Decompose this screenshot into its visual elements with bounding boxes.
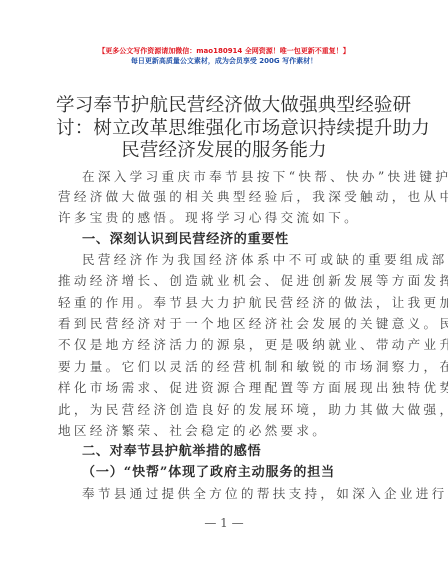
section-1-paragraph-line: 此，为民营经济创造良好的发展环境，助力其做大做强，是实现	[58, 399, 448, 418]
title-line-3: 民营经济发展的服务能力	[56, 140, 392, 163]
section-1-paragraph-line: 民营经济作为我国经济体系中不可或缺的重要组成部分，在	[82, 249, 448, 268]
title-line-2: 讨：树立改革思维强化市场意识持续提升助力	[56, 118, 392, 141]
section-1-paragraph-line: 地区经济繁荣、社会稳定的必然要求。	[58, 420, 328, 439]
section-1-paragraph-line: 样化市场需求、促进资源合理配置等方面展现出独特优势。因	[58, 377, 448, 396]
intro-paragraph-line: 许多宝贵的感悟。现将学习心得交流如下。	[58, 207, 360, 226]
section-heading-1: 一、深刻认识到民营经济的重要性	[82, 228, 289, 247]
section-1-paragraph-line: 要力量。它们以灵活的经营机制和敏锐的市场洞察力，在满足多	[58, 356, 448, 375]
promo-banner-line-2: 每日更新高质量公文素材，成为会员享受 200G 写作素材！	[0, 57, 448, 66]
section-1-paragraph-line: 看到民营经济对于一个地区经济社会发展的关键意义。民营企业	[58, 313, 448, 332]
document-title: 学习奉节护航民营经济做大做强典型经验研 讨：树立改革思维强化市场意识持续提升助力…	[56, 95, 392, 163]
section-heading-2: 二、对奉节县护航举措的感悟	[82, 440, 261, 459]
section-1-paragraph-line: 轻重的作用。奉节县大力护航民营经济的做法，让我更加清晰地	[58, 292, 448, 311]
section-1-paragraph-line: 不仅是地方经济活力的源泉，更是吸纳就业、带动产业升级的重	[58, 334, 448, 353]
section-1-paragraph-line: 推动经济增长、创造就业机会、促进创新发展等方面发挥着举足	[58, 270, 448, 289]
title-line-1: 学习奉节护航民营经济做大做强典型经验研	[56, 95, 392, 118]
promo-banner-line-1: 【更多公文写作资源请加微信：mao180914 全网资源！唯一包更新不重复！】	[0, 47, 448, 56]
page-number: — 1 —	[0, 516, 448, 530]
subsection-1-paragraph-line: 奉节县通过提供全方位的帮扶支持，如深入企业进行政策解	[82, 483, 448, 502]
intro-paragraph-line: 在深入学习重庆市奉节县按下“快帮、快办”快进键护航民	[82, 166, 448, 185]
document-page: 【更多公文写作资源请加微信：mao180914 全网资源！唯一包更新不重复！】 …	[0, 0, 448, 580]
subsection-heading-1: （一）“快帮”体现了政府主动服务的担当	[82, 461, 335, 480]
intro-paragraph-line: 营经济做大做强的相关典型经验后，我深受触动，也从中获得了	[58, 186, 448, 205]
